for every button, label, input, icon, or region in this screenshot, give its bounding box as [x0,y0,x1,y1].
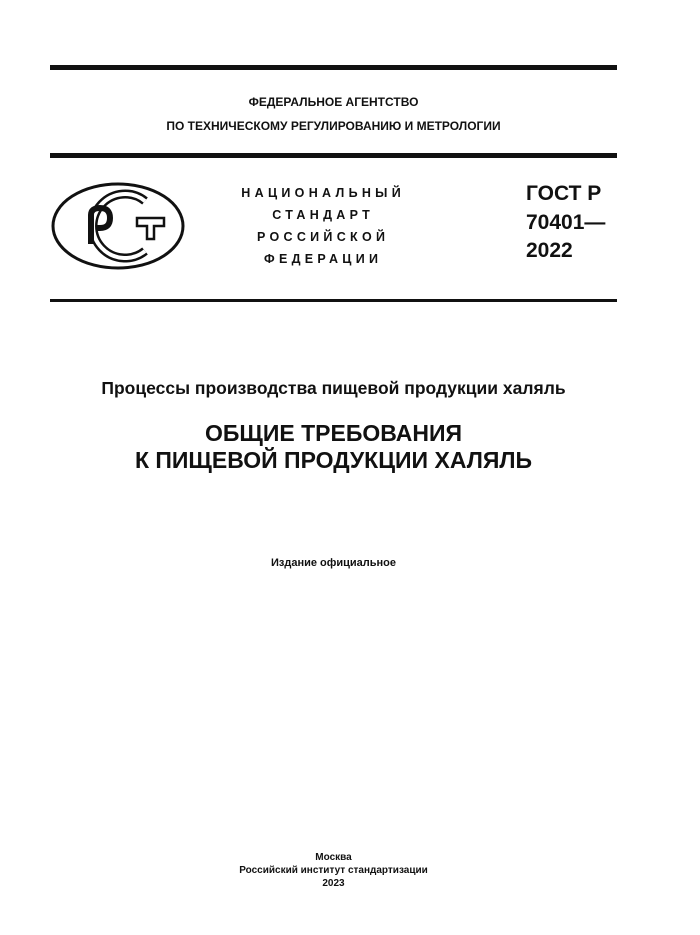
national-standard-line: ФЕДЕРАЦИИ [228,248,418,270]
document-subtitle: Процессы производства пищевой продукции … [50,377,617,399]
national-standard-line: НАЦИОНАЛЬНЫЙ [228,182,418,204]
standard-designation: ГОСТ Р 70401— 2022 [526,180,605,266]
national-standard-line: РОССИЙСКОЙ [228,226,418,248]
imprint-year: 2023 [50,877,617,890]
top-rule [50,65,617,70]
imprint: Москва Российский институт стандартизаци… [50,851,617,890]
document-title-line-2: К ПИЩЕВОЙ ПРОДУКЦИИ ХАЛЯЛЬ [50,447,617,474]
national-standard-line: СТАНДАРТ [228,204,418,226]
imprint-publisher: Российский институт стандартизации [50,864,617,877]
edition-label: Издание официальное [50,556,617,570]
rst-certification-mark-icon [50,181,187,271]
designation-line-2: 70401— [526,209,605,238]
agency-name-line-1: ФЕДЕРАЛЬНОЕ АГЕНТСТВО [50,95,617,109]
designation-line-3: 2022 [526,237,605,266]
imprint-city: Москва [50,851,617,864]
logo-rule [50,299,617,302]
designation-line-1: ГОСТ Р [526,180,605,209]
national-standard-label: НАЦИОНАЛЬНЫЙ СТАНДАРТ РОССИЙСКОЙ ФЕДЕРАЦ… [228,182,414,270]
document-title: ОБЩИЕ ТРЕБОВАНИЯ К ПИЩЕВОЙ ПРОДУКЦИИ ХАЛ… [50,420,617,474]
header-rule [50,153,617,158]
agency-name-line-2: ПО ТЕХНИЧЕСКОМУ РЕГУЛИРОВАНИЮ И МЕТРОЛОГ… [50,119,617,133]
document-title-line-1: ОБЩИЕ ТРЕБОВАНИЯ [50,420,617,447]
